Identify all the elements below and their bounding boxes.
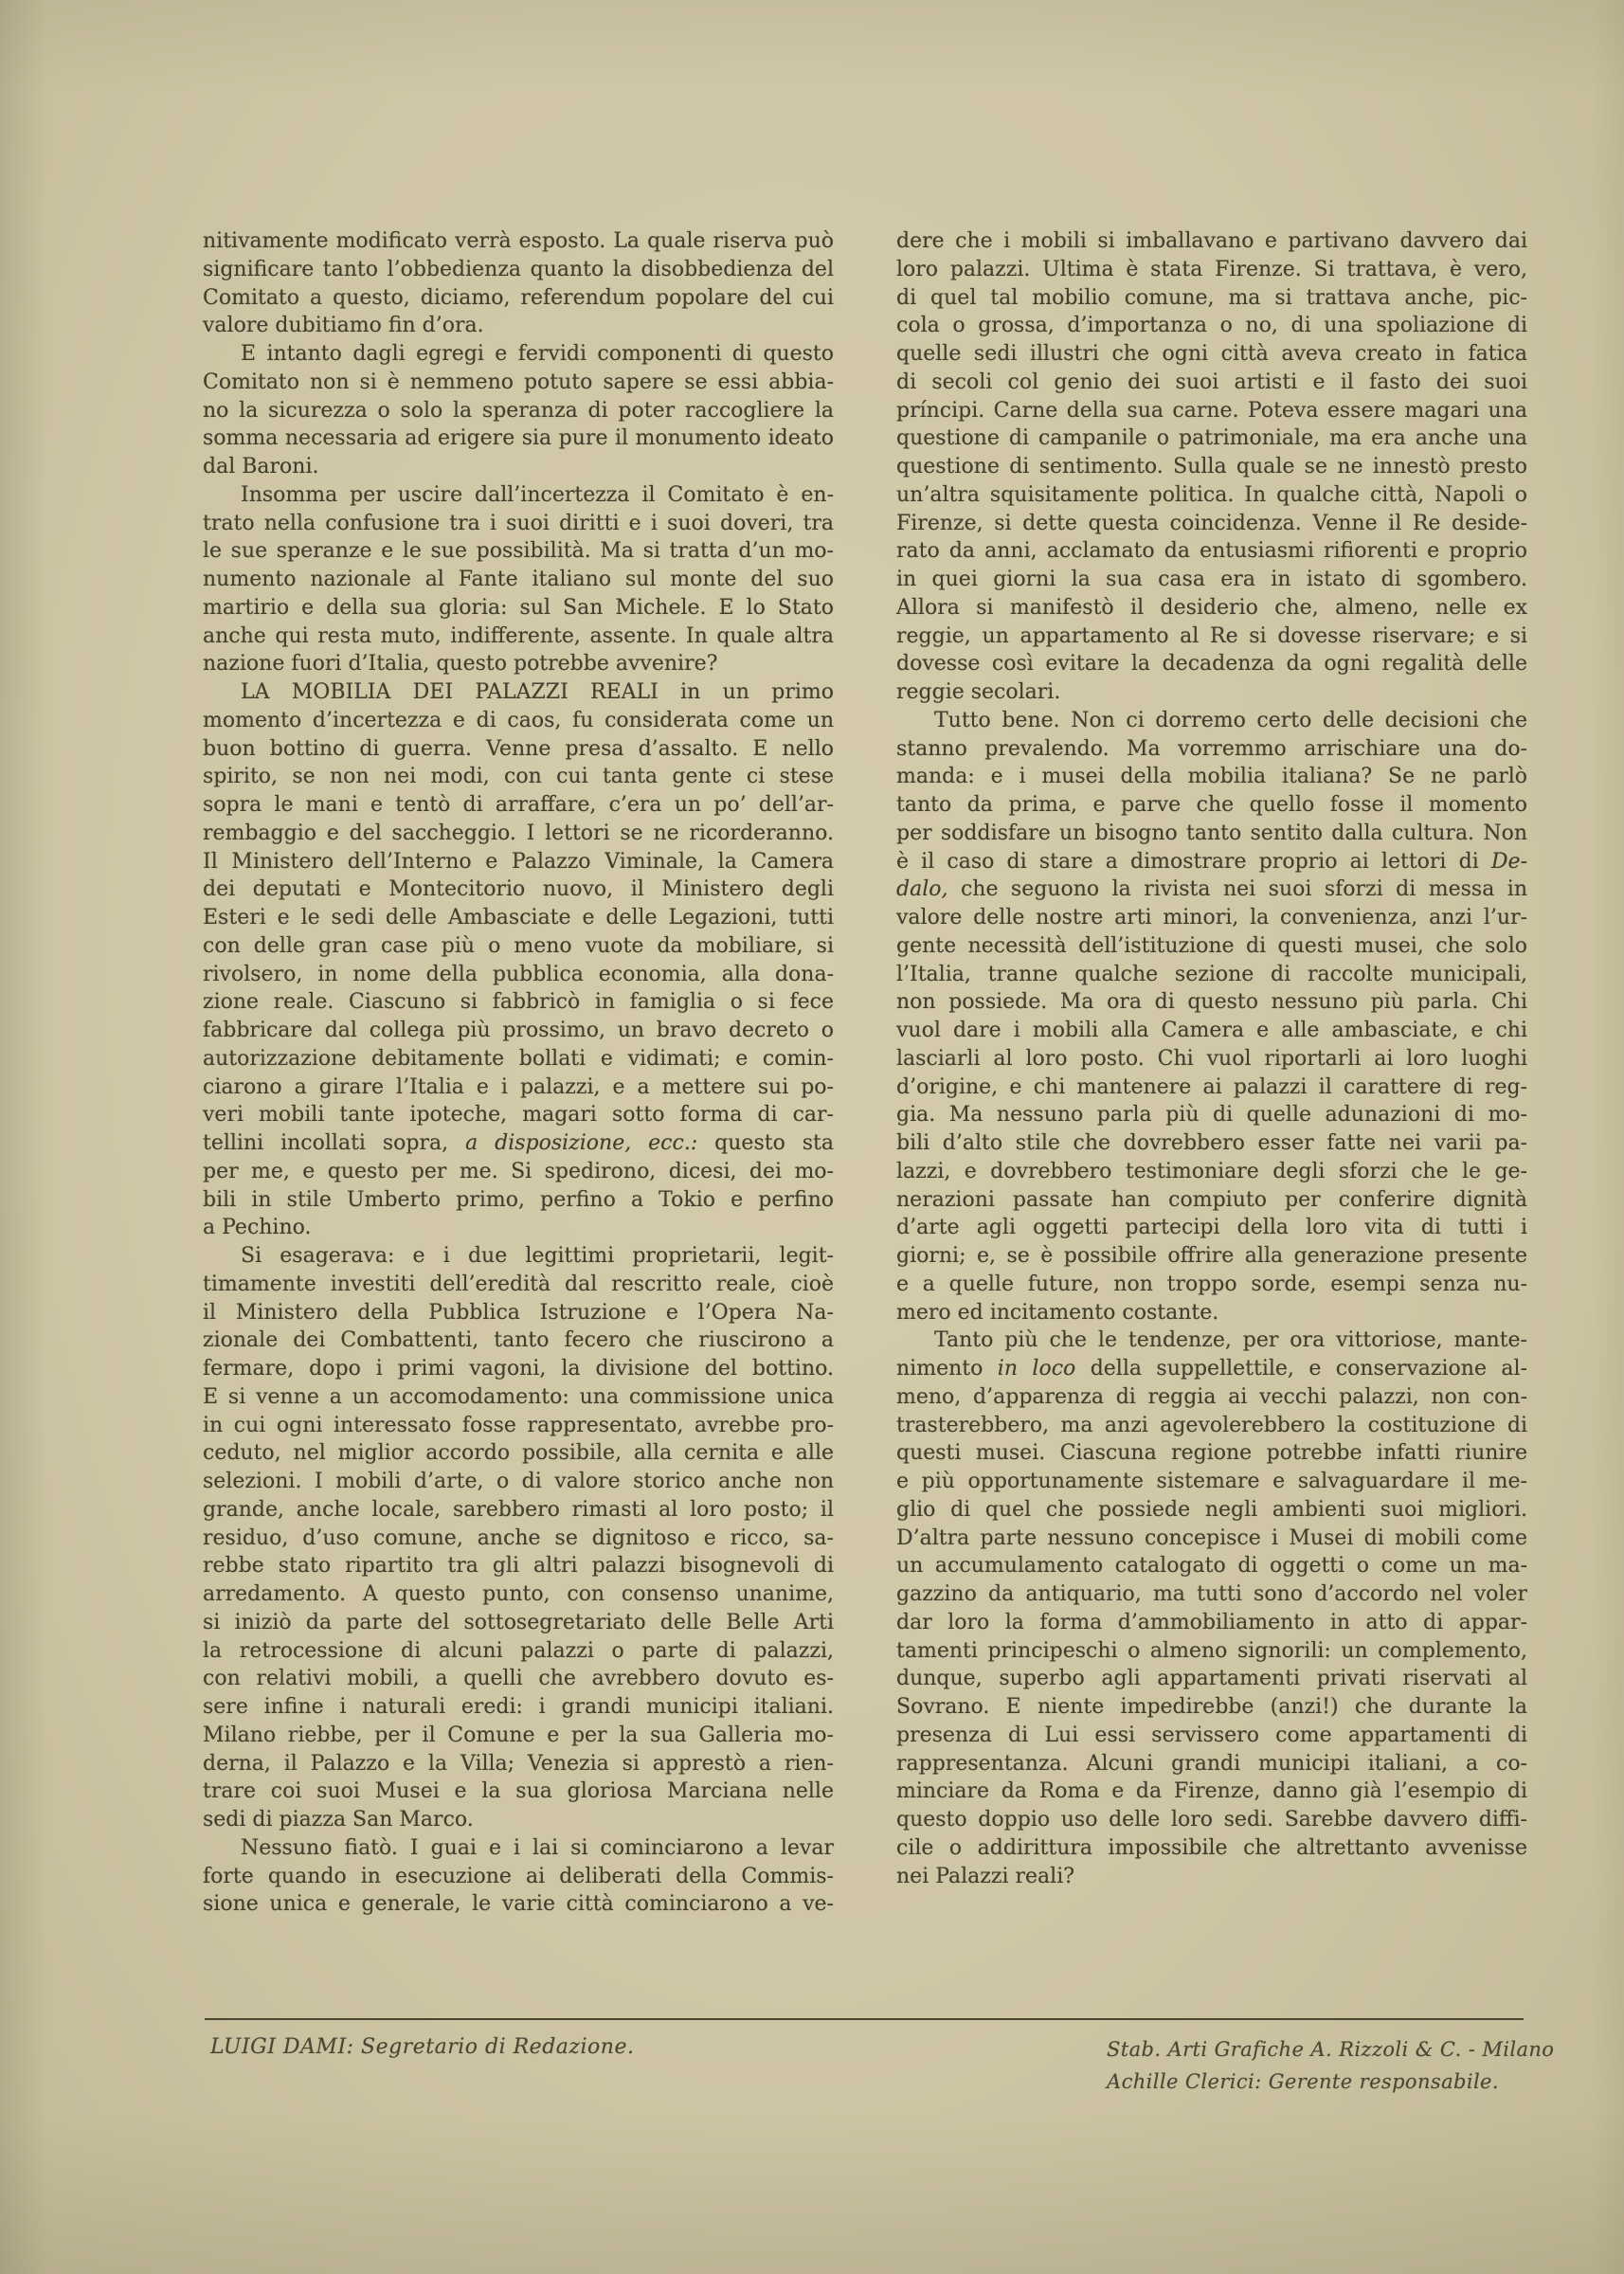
text-line: Comitato non si è nemmeno potuto sapere … xyxy=(203,369,834,397)
text-line: fabbricare dal collega più prossimo, un … xyxy=(203,1017,834,1045)
text-line: con delle gran case più o meno vuote da … xyxy=(203,932,834,961)
text-line: per me, e questo per me. Si spedirono, d… xyxy=(203,1158,834,1186)
text-line: in quei giorni la sua casa era in istato… xyxy=(896,566,1527,594)
text-line: cile o addirittura impossibile che altre… xyxy=(896,1834,1527,1863)
text-line: reggie, un appartamento al Re si dovesse… xyxy=(896,623,1527,651)
text-line: zionale dei Combattenti, tanto fecero ch… xyxy=(203,1326,834,1355)
text-line: meno, d’apparenza di reggia ai vecchi pa… xyxy=(896,1383,1527,1412)
text-line: residuo, d’uso comune, anche se dignitos… xyxy=(203,1525,834,1553)
text-line: E intanto dagli egregi e fervidi compone… xyxy=(203,340,834,369)
text-line: Tanto più che le tendenze, per ora vitto… xyxy=(896,1326,1527,1355)
text-line: tellini incollati sopra, a disposizione,… xyxy=(203,1129,834,1158)
text-line: fermare, dopo i primi vagoni, la divisio… xyxy=(203,1355,834,1383)
text-line: dar loro la forma d’ammobiliamento in at… xyxy=(896,1609,1527,1637)
text-line: ceduto, nel miglior accordo possibile, a… xyxy=(203,1439,834,1468)
text-line: gia. Ma nessuno parla più di quelle adun… xyxy=(896,1101,1527,1129)
text-line: somma necessaria ad erigere sia pure il … xyxy=(203,424,834,453)
text-line: martirio e della sua gloria: sul San Mic… xyxy=(203,594,834,623)
text-line: rato da anni, acclamato da entusiasmi ri… xyxy=(896,537,1527,566)
text-line: bili in stile Umberto primo, perfino a T… xyxy=(203,1186,834,1215)
text-line: D’altra parte nessuno concepisce i Musei… xyxy=(896,1525,1527,1553)
text-line: bili d’alto stile che dovrebbero esser f… xyxy=(896,1129,1527,1158)
scanned-page: nitivamente modificato verrà esposto. La… xyxy=(0,0,1624,2274)
text-line: di quel tal mobilio comune, ma si tratta… xyxy=(896,284,1527,313)
text-line: nimento in loco della suppellettile, e c… xyxy=(896,1355,1527,1383)
text-line: sere infine i naturali eredi: i grandi m… xyxy=(203,1693,834,1722)
text-line: rappresentanza. Alcuni grandi municipi i… xyxy=(896,1750,1527,1778)
text-line: loro palazzi. Ultima è stata Firenze. Si… xyxy=(896,256,1527,284)
text-line: presenza di Lui essi servissero come app… xyxy=(896,1722,1527,1750)
text-line: questi musei. Ciascuna regione potrebbe … xyxy=(896,1439,1527,1468)
text-line: trare coi suoi Musei e la sua gloriosa M… xyxy=(203,1778,834,1806)
text-line: nitivamente modificato verrà esposto. La… xyxy=(203,227,834,256)
text-line: ciarono a girare l’Italia e i palazzi, e… xyxy=(203,1074,834,1102)
text-line: dal Baroni. xyxy=(203,453,834,481)
text-line: grande, anche locale, sarebbero rimasti … xyxy=(203,1496,834,1525)
text-line: selezioni. I mobili d’arte, o di valore … xyxy=(203,1468,834,1496)
text-line: momento d’incertezza e di caos, fu consi… xyxy=(203,707,834,735)
text-line: anche qui resta muto, indifferente, asse… xyxy=(203,623,834,651)
text-line: lasciarli al loro posto. Chi vuol riport… xyxy=(896,1045,1527,1074)
text-line: sione unica e generale, le varie città c… xyxy=(203,1890,834,1919)
text-line: trato nella confusione tra i suoi diritt… xyxy=(203,510,834,538)
text-line: Sovrano. E niente impedirebbe (anzi!) ch… xyxy=(896,1693,1527,1722)
text-line: la retrocessione di alcuni palazzi o par… xyxy=(203,1637,834,1666)
footer-divider xyxy=(205,2018,1524,2020)
text-line: cola o grossa, d’importanza o no, di una… xyxy=(896,312,1527,340)
text-line: gazzino da antiquario, ma tutti sono d’a… xyxy=(896,1580,1527,1609)
footer-manager-line: Achille Clerici: Gerente responsabile. xyxy=(1107,2066,1554,2098)
text-line: numento nazionale al Fante italiano sul … xyxy=(203,566,834,594)
footer-editor-credit: LUIGI DAMI: Segretario di Redazione. xyxy=(210,2033,634,2062)
text-line: un accumulamento catalogato di oggetti o… xyxy=(896,1552,1527,1580)
text-line: Allora si manifestò il desiderio che, al… xyxy=(896,594,1527,623)
text-line: manda: e i musei della mobilia italiana?… xyxy=(896,763,1527,791)
text-line: stanno prevalendo. Ma vorremmo arrischia… xyxy=(896,735,1527,764)
text-line: minciare da Roma e da Firenze, danno già… xyxy=(896,1778,1527,1806)
text-line: rebbe stato ripartito tra gli altri pala… xyxy=(203,1552,834,1580)
text-line: sedi di piazza San Marco. xyxy=(203,1806,834,1834)
text-line: sopra le mani e tentò di arraffare, c’er… xyxy=(203,791,834,820)
text-line: autorizzazione debitamente bollati e vid… xyxy=(203,1045,834,1074)
text-line: il Ministero della Pubblica Istruzione e… xyxy=(203,1299,834,1327)
text-line: nei Palazzi reali? xyxy=(896,1863,1527,1891)
text-line: nerazioni passate han compiuto per confe… xyxy=(896,1186,1527,1215)
text-line: rembaggio e del saccheggio. I lettori se… xyxy=(203,820,834,848)
text-line: e a quelle future, non troppo sorde, ese… xyxy=(896,1271,1527,1299)
text-line: valore dubitiamo fin d’ora. xyxy=(203,312,834,340)
text-line: E si venne a un accomodamento: una commi… xyxy=(203,1383,834,1412)
text-line: Nessuno fiatò. I guai e i lai si cominci… xyxy=(203,1834,834,1863)
text-line: significare tanto l’obbedienza quanto la… xyxy=(203,256,834,284)
text-line: Comitato a questo, diciamo, referendum p… xyxy=(203,284,834,313)
text-line: dei deputati e Montecitorio nuovo, il Mi… xyxy=(203,875,834,904)
text-line: Il Ministero dell’Interno e Palazzo Vimi… xyxy=(203,848,834,876)
text-line: reggie secolari. xyxy=(896,678,1527,707)
text-line: e più opportunamente sistemare e salvagu… xyxy=(896,1468,1527,1496)
text-line: dalo, che seguono la rivista nei suoi sf… xyxy=(896,875,1527,904)
text-line: questione di campanile o patrimoniale, m… xyxy=(896,424,1527,453)
text-line: quelle sedi illustri che ogni città avev… xyxy=(896,340,1527,369)
text-line: d’arte agli oggetti partecipi della loro… xyxy=(896,1214,1527,1242)
text-line: questione di sentimento. Sulla quale se … xyxy=(896,453,1527,481)
text-line: non possiede. Ma ora di questo nessuno p… xyxy=(896,988,1527,1017)
footer-printer-credit: Stab. Arti Grafiche A. Rizzoli & C. - Mi… xyxy=(1107,2033,1554,2098)
text-line: spirito, se non nei modi, con cui tanta … xyxy=(203,763,834,791)
text-line: si iniziò da parte del sottosegretariato… xyxy=(203,1609,834,1637)
text-line: arredamento. A questo punto, con consens… xyxy=(203,1580,834,1609)
text-line: Si esagerava: e i due legittimi propriet… xyxy=(203,1242,834,1271)
text-line: in cui ogni interessato fosse rappresent… xyxy=(203,1412,834,1440)
text-line: vuol dare i mobili alla Camera e alle am… xyxy=(896,1017,1527,1045)
text-line: le sue speranze e le sue possibilità. Ma… xyxy=(203,537,834,566)
text-line: Tutto bene. Non ci dorremo certo delle d… xyxy=(896,707,1527,735)
footer-printer-line: Stab. Arti Grafiche A. Rizzoli & C. - Mi… xyxy=(1107,2033,1554,2066)
text-line: dovesse così evitare la decadenza da ogn… xyxy=(896,650,1527,678)
text-line: l’Italia, tranne qualche sezione di racc… xyxy=(896,961,1527,989)
text-line: no la sicurezza o solo la speranza di po… xyxy=(203,397,834,425)
text-line: a Pechino. xyxy=(203,1214,834,1242)
text-line: timamente investiti dell’eredità dal res… xyxy=(203,1271,834,1299)
text-column-left: nitivamente modificato verrà esposto. La… xyxy=(203,227,834,1919)
text-line: príncipi. Carne della sua carne. Poteva … xyxy=(896,397,1527,425)
text-line: giorni; e, se è possibile offrire alla g… xyxy=(896,1242,1527,1271)
text-line: valore delle nostre arti minori, la conv… xyxy=(896,904,1527,932)
text-line: d’origine, e chi mantenere ai palazzi il… xyxy=(896,1074,1527,1102)
text-line: glio di quel che possiede negli ambienti… xyxy=(896,1496,1527,1525)
text-line: Firenze, si dette questa coincidenza. Ve… xyxy=(896,510,1527,538)
text-line: è il caso di stare a dimostrare proprio … xyxy=(896,848,1527,876)
text-line: derna, il Palazzo e la Villa; Venezia si… xyxy=(203,1750,834,1778)
text-column-right: dere che i mobili si imballavano e parti… xyxy=(896,227,1527,1890)
text-line: forte quando in esecuzione ai deliberati… xyxy=(203,1863,834,1891)
text-line: tanto da prima, e parve che quello fosse… xyxy=(896,791,1527,820)
text-line: Insomma per uscire dall’incertezza il Co… xyxy=(203,481,834,510)
text-line: un’altra squisitamente politica. In qual… xyxy=(896,481,1527,510)
text-line: con relativi mobili, a quelli che avrebb… xyxy=(203,1665,834,1693)
text-line: tamenti principeschi o almeno signorili:… xyxy=(896,1637,1527,1666)
text-line: buon bottino di guerra. Venne presa d’as… xyxy=(203,735,834,764)
text-line: trasterebbero, ma anzi agevolerebbero la… xyxy=(896,1412,1527,1440)
text-line: nazione fuori d’Italia, questo potrebbe … xyxy=(203,650,834,678)
text-line: mero ed incitamento costante. xyxy=(896,1299,1527,1327)
text-line: zione reale. Ciascuno si fabbricò in fam… xyxy=(203,988,834,1017)
text-line: per soddisfare un bisogno tanto sentito … xyxy=(896,820,1527,848)
text-line: gente necessità dell’istituzione di ques… xyxy=(896,932,1527,961)
text-line: rivolsero, in nome della pubblica econom… xyxy=(203,961,834,989)
text-line: di secoli col genio dei suoi artisti e i… xyxy=(896,369,1527,397)
text-line: LA MOBILIA DEI PALAZZI REALI in un primo xyxy=(203,678,834,707)
text-line: dere che i mobili si imballavano e parti… xyxy=(896,227,1527,256)
text-line: questo doppio uso delle loro sedi. Sareb… xyxy=(896,1806,1527,1834)
text-line: Milano riebbe, per il Comune e per la su… xyxy=(203,1722,834,1750)
text-line: dunque, superbo agli appartamenti privat… xyxy=(896,1665,1527,1693)
text-line: Esteri e le sedi delle Ambasciate e dell… xyxy=(203,904,834,932)
text-line: veri mobili tante ipoteche, magari sotto… xyxy=(203,1101,834,1129)
text-line: lazzi, e dovrebbero testimoniare degli s… xyxy=(896,1158,1527,1186)
